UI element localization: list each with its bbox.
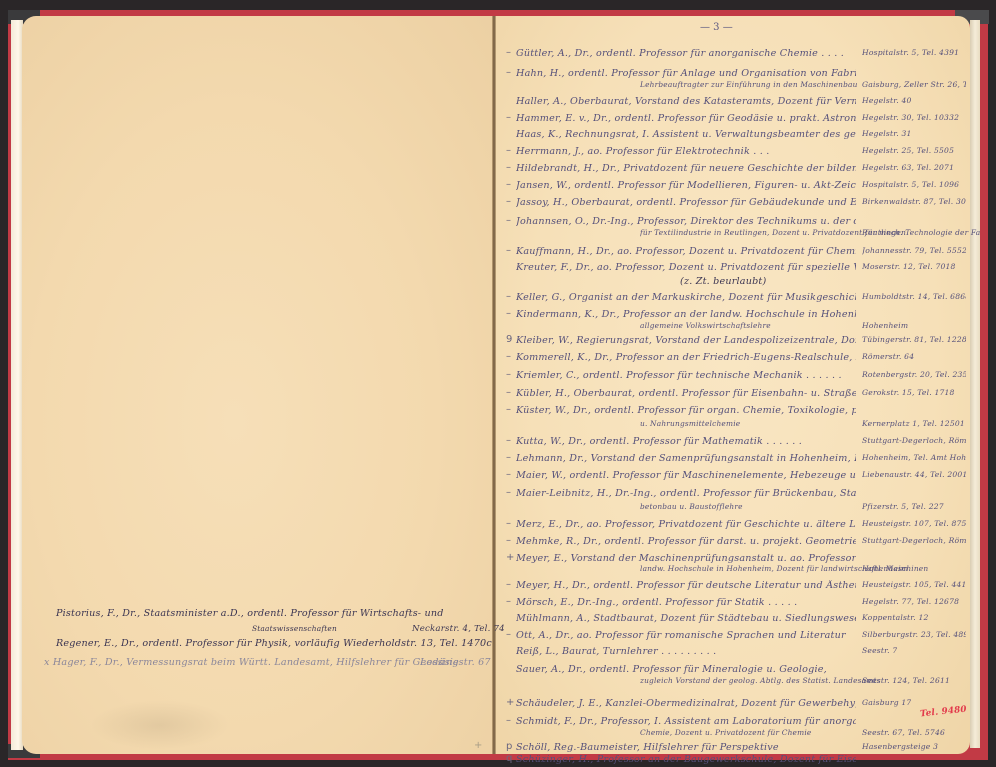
- row-marker: –: [506, 47, 511, 58]
- row-marker: –: [506, 535, 511, 546]
- register-entry-text: Kreuter, F., Dr., ao. Professor, Dozent …: [516, 262, 856, 273]
- row-marker: +: [506, 697, 514, 708]
- register-entry-address: Heusteigstr. 105, Tel. 4410: [862, 580, 966, 589]
- register-entry-address: Hegelstr. 31: [862, 129, 912, 138]
- register-entry-address: Hegelstr. 63, Tel. 2071: [862, 163, 954, 172]
- register-entry-text: Chemie, Dozent u. Privatdozent für Chemi…: [640, 728, 811, 737]
- row-marker: –: [506, 629, 511, 640]
- row-marker: –: [506, 579, 511, 590]
- register-entry-text: für Textilindustrie in Reutlingen, Dozen…: [640, 228, 980, 237]
- register-entry-address: Hohenheim, Tel. Amt Hohenheim 6: [862, 453, 966, 462]
- register-entry-text: Schüzinger, H., Professor an der Baugewe…: [516, 754, 856, 765]
- row-marker: –: [506, 67, 511, 78]
- left-entry: Staatswissenschaften: [252, 624, 337, 633]
- register-entry-address: Hospitalstr. 5, Tel. 1096: [862, 180, 959, 189]
- register-entry-text: Hahn, H., ordentl. Professor für Anlage …: [516, 68, 856, 79]
- register-entry-text: Lehrbeauftragter zur Einführung in den M…: [640, 80, 858, 89]
- register-entry-address: Stuttgart-Degerloch, Römerstr. 102, Tel.…: [862, 536, 966, 545]
- row-marker: –: [506, 112, 511, 123]
- register-entry-address: Kernerplatz 1, Tel. 12501: [862, 419, 965, 428]
- register-entry-address: Liebenaustr. 44, Tel. 2001: [862, 470, 966, 479]
- register-entry-text: Keller, G., Organist an der Markuskirche…: [516, 292, 856, 303]
- register-entry-text: Kommerell, K., Dr., Professor an der Fri…: [516, 352, 856, 363]
- paper-stain: [90, 700, 230, 750]
- register-entry-text: (z. Zt. beurlaubt): [680, 276, 766, 287]
- register-entry-address: Tübingerstr. 81, Tel. 12281: [862, 335, 966, 344]
- register-entry-text: Mehmke, R., Dr., ordentl. Professor für …: [516, 536, 856, 547]
- register-entry-text: Kutta, W., Dr., ordentl. Professor für M…: [516, 436, 802, 447]
- page-edges-right: [970, 20, 980, 748]
- left-entry: Pistorius, F., Dr., Staatsminister a.D.,…: [56, 608, 444, 619]
- row-marker: q: [506, 753, 512, 764]
- register-entry-text: Schäudeler, J. E., Kanzlei-Obermedizinal…: [516, 698, 856, 709]
- register-entry-text: Maier-Leibnitz, H., Dr.-Ing., ordentl. P…: [516, 488, 856, 499]
- footer-mark: +: [474, 740, 482, 751]
- register-entry-text: Meyer, H., Dr., ordentl. Professor für d…: [516, 580, 856, 591]
- register-entry-address: Johannesstr. 79, Tel. 5552: [862, 246, 966, 255]
- register-entry-text: Haas, K., Rechnungsrat, I. Assistent u. …: [516, 129, 856, 140]
- register-entry-text: Schöll, Reg.-Baumeister, Hilfslehrer für…: [516, 742, 779, 753]
- register-entry-address: Hasenbergsteige 3: [862, 742, 938, 751]
- register-entry-address: Hegelstr. 77, Tel. 12678: [862, 597, 959, 606]
- register-entry-text: Schmidt, F., Dr., Professor, I. Assisten…: [516, 716, 856, 727]
- register-entry-address: Rotenbergstr. 20, Tel. 2359: [862, 370, 966, 379]
- register-entry-text: Hammer, E. v., Dr., ordentl. Professor f…: [516, 113, 856, 124]
- row-marker: –: [506, 308, 511, 319]
- register-entry-address: Hohenheim: [862, 564, 908, 573]
- row-marker: –: [506, 245, 511, 256]
- register-entry-text: Haller, A., Oberbaurat, Vorstand des Kat…: [516, 96, 856, 107]
- row-marker: –: [506, 435, 511, 446]
- register-entry-text: Lehmann, Dr., Vorstand der Samenprüfungs…: [516, 453, 856, 464]
- register-entry-address: Gaisburg 17: [862, 698, 911, 707]
- register-entry-text: Herrmann, J., ao. Professor für Elektrot…: [516, 146, 769, 157]
- register-entry-address: Heusteigstr. 107, Tel. 8758: [862, 519, 966, 528]
- row-marker: +: [506, 552, 514, 563]
- row-marker: –: [506, 596, 511, 607]
- register-entry-text: Mörsch, E., Dr.-Ing., ordentl. Professor…: [516, 597, 797, 608]
- register-entry-text: Güttler, A., Dr., ordentl. Professor für…: [516, 48, 844, 59]
- row-marker: –: [506, 369, 511, 380]
- row-marker: –: [506, 162, 511, 173]
- row-marker: –: [506, 145, 511, 156]
- register-entry-address: Koppentalstr. 12: [862, 613, 929, 622]
- register-entry-text: Kleiber, W., Regierungsrat, Vorstand der…: [516, 335, 856, 346]
- left-entry-address: Lessingstr. 67: [420, 657, 491, 668]
- row-marker: –: [506, 404, 511, 415]
- register-entry-text: betonbau u. Baustofflehre: [640, 502, 743, 511]
- register-entry-address: Hohenheim: [862, 321, 908, 330]
- register-entry-address: Pfizerstr. 5, Tel. 227: [862, 502, 944, 511]
- row-marker: –: [506, 487, 511, 498]
- left-entry: x Hager, F., Dr., Vermessungsrat beim Wü…: [44, 657, 459, 668]
- row-marker: –: [506, 196, 511, 207]
- left-entry-address: Neckarstr. 4, Tel. 74: [412, 624, 505, 634]
- register-entry-text: Reiß, L., Baurat, Turnlehrer . . . . . .…: [516, 646, 716, 657]
- register-entry-address: Hospitalstr. 5, Tel. 4391: [862, 48, 959, 57]
- row-marker: –: [506, 215, 511, 226]
- register-entry-text: Johannsen, O., Dr.-Ing., Professor, Dire…: [516, 216, 856, 227]
- register-entry-text: Merz, E., Dr., ao. Professor, Privatdoze…: [516, 519, 856, 530]
- register-entry-address: Seestr. 67, Tel. 5746: [862, 728, 945, 737]
- row-marker: –: [506, 518, 511, 529]
- register-entry-address: Moserstr. 12, Tel. 7018: [862, 262, 956, 271]
- register-entry-text: Kübler, H., Oberbaurat, ordentl. Profess…: [516, 388, 856, 399]
- register-entry-address: Römerstr. 64: [862, 352, 914, 361]
- register-entry-address: Gaisburg, Zeller Str. 26, Tel. 2878: [862, 80, 966, 89]
- right-page: [494, 16, 970, 754]
- register-entry-address: Stuttgart-Degerloch, Römerstr. 8, Tel.: [862, 436, 966, 445]
- register-entry-text: Jansen, W., ordentl. Professor für Model…: [516, 180, 856, 191]
- register-entry-address: Seestr. 7: [862, 646, 897, 655]
- register-entry-address: Silberburgstr. 23, Tel. 4893: [862, 630, 966, 639]
- register-entry-text: zugleich Vorstand der geolog. Abtlg. des…: [640, 676, 881, 685]
- register-entry-address: Seestr. 124, Tel. 2611: [862, 676, 950, 685]
- register-entry-text: Maier, W., ordentl. Professor für Maschi…: [516, 470, 856, 481]
- register-entry-text: allgemeine Volkswirtschaftslehre: [640, 321, 771, 330]
- register-entry-text: Kriemler, C., ordentl. Professor für tec…: [516, 370, 842, 381]
- register-entry-address: Humboldtstr. 14, Tel. 6868: [862, 292, 966, 301]
- register-entry-text: Küster, W., Dr., ordentl. Professor für …: [516, 405, 856, 416]
- row-marker: p: [506, 741, 512, 752]
- row-marker: –: [506, 291, 511, 302]
- register-entry-text: Mühlmann, A., Stadtbaurat, Dozent für St…: [516, 613, 856, 624]
- register-entry-address: Hegelstr. 40: [862, 96, 912, 105]
- register-entry-address: Hegelstr. 25, Tel. 5505: [862, 146, 954, 155]
- row-marker: 9: [506, 334, 512, 345]
- register-entry-text: Hildebrandt, H., Dr., Privatdozent für n…: [516, 163, 856, 174]
- row-marker: –: [506, 715, 511, 726]
- register-entry-address: Birkenwaldstr. 87, Tel. 3046: [862, 197, 966, 206]
- row-marker: –: [506, 452, 511, 463]
- page-number: — 3 —: [700, 22, 733, 33]
- register-entry-address: Hegelstr. 30, Tel. 10332: [862, 113, 959, 122]
- row-marker: –: [506, 351, 511, 362]
- register-entry-address: Gerokstr. 15, Tel. 1718: [862, 388, 955, 397]
- row-marker: –: [506, 387, 511, 398]
- register-entry-text: Ott, A., Dr., ao. Professor für romanisc…: [516, 630, 846, 641]
- row-marker: –: [506, 179, 511, 190]
- register-entry-text: Kindermann, K., Dr., Professor an der la…: [516, 309, 856, 320]
- register-entry-text: Jassoy, H., Oberbaurat, ordentl. Profess…: [516, 197, 856, 208]
- book-gutter: [492, 16, 496, 754]
- register-entry-address: Reutlingen: [862, 228, 906, 237]
- register-entry-text: u. Nahrungsmittelchemie: [640, 419, 740, 428]
- register-entry-text: Meyer, E., Vorstand der Maschinenprüfung…: [516, 553, 856, 564]
- register-entry-text: Kauffmann, H., Dr., ao. Professor, Dozen…: [516, 246, 856, 257]
- row-marker: –: [506, 469, 511, 480]
- register-entry-text: Sauer, A., Dr., ordentl. Professor für M…: [516, 664, 827, 675]
- left-entry: Regener, E., Dr., ordentl. Professor für…: [56, 638, 492, 649]
